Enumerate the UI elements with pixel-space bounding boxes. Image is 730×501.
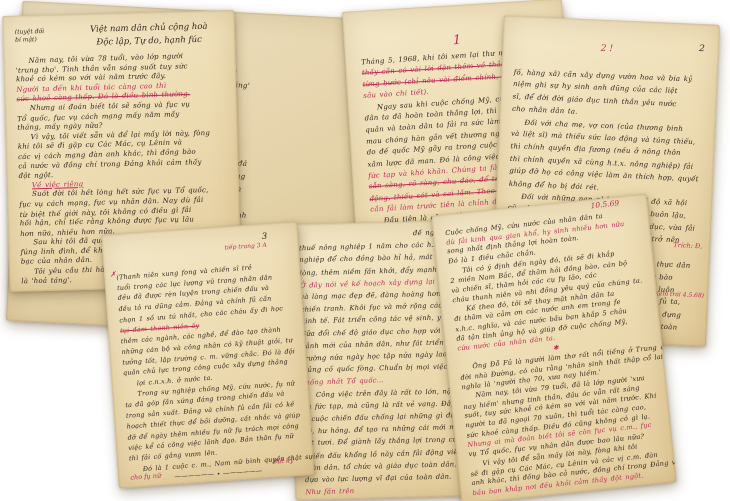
red-date-10-5-69: 10.5.69 (590, 198, 619, 210)
red-note-tiep-trang: tiếp trang 3 A (224, 242, 267, 252)
manuscript-page-3: 3 tiếp trang 3 A ✗ cho fụ nữ Bút ký (Tha… (101, 221, 314, 488)
page-number-2: 2 (699, 44, 705, 54)
secret-note-line2: bí mật) (15, 35, 73, 45)
manuscript-page-1969: 10.5.69 Cuộc chống Mỹ, cứu nước của nhân… (431, 194, 676, 501)
red-mark-2: 2 ! (601, 44, 614, 55)
page-header: (tuyệt đối bí mật) Việt nam dân chủ cộng… (15, 20, 226, 51)
page-number-3: 3 (262, 232, 268, 242)
handwritten-text-block: Cuộc chống Mỹ, cứu nước của nhân dân tad… (445, 208, 668, 499)
handwritten-text-block: (Thanh niên xung fong và chiến sĩ trẻtuổ… (116, 260, 307, 486)
manuscript-photo: táng' sau này sẽ được fổ biến. Vì như th… (0, 0, 730, 501)
national-title: Việt nam dân chủ cộng hoà Độc lập, Tự do… (73, 20, 226, 50)
title-line2: Độc lập, Tự do, hạnh fúc (73, 33, 225, 50)
secret-note: (tuyệt đối bí mật) (15, 24, 74, 52)
